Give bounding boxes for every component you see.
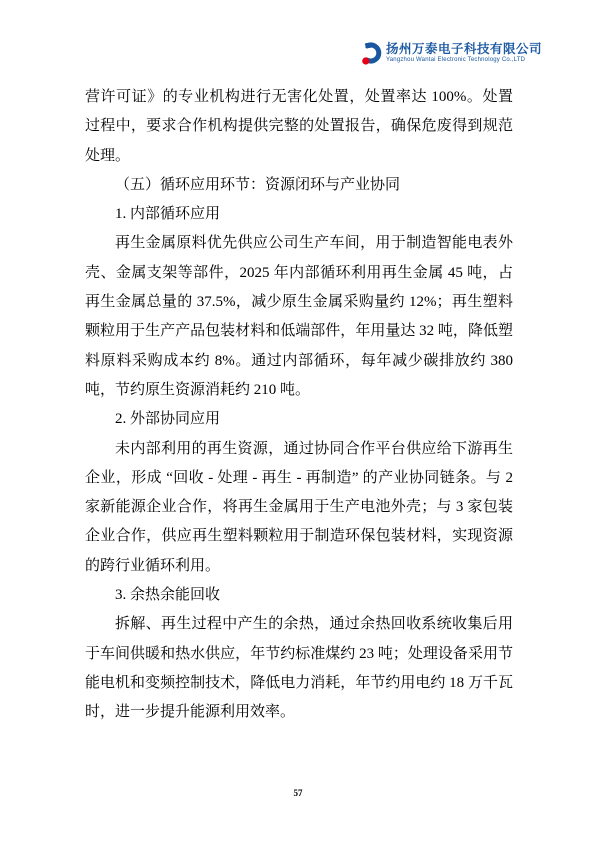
- body-paragraph-internal-recycling: 再生金属原料优先供应公司生产车间，用于制造智能电表外壳、金属支架等部件，2025…: [85, 229, 513, 405]
- page-number: 57: [0, 788, 596, 798]
- section-heading: （五）循环应用环节：资源闭环与产业协同: [85, 171, 513, 200]
- document-page: 扬州万泰电子科技有限公司 Yangzhou Wantai Electronic …: [0, 0, 596, 842]
- company-logo: 扬州万泰电子科技有限公司 Yangzhou Wantai Electronic …: [361, 41, 542, 66]
- body-paragraph-continued: 营许可证》的专业机构进行无害化处置，处置率达 100%。处置过程中，要求合作机构…: [85, 83, 513, 171]
- subsection-heading-2: 2. 外部协同应用: [85, 405, 513, 434]
- subsection-heading-3: 3. 余热余能回收: [85, 581, 513, 610]
- document-content: 营许可证》的专业机构进行无害化处置，处置率达 100%。处置过程中，要求合作机构…: [85, 83, 513, 728]
- body-paragraph-external-synergy: 未内部利用的再生资源，通过协同合作平台供应给下游再生企业，形成 “回收 - 处理…: [85, 435, 513, 581]
- logo-text: 扬州万泰电子科技有限公司 Yangzhou Wantai Electronic …: [386, 43, 542, 63]
- company-name-en: Yangzhou Wantai Electronic Technology Co…: [386, 57, 542, 63]
- company-name-cn: 扬州万泰电子科技有限公司: [386, 43, 542, 56]
- logo-mark-icon: [361, 41, 383, 66]
- body-paragraph-heat-recovery: 拆解、再生过程中产生的余热，通过余热回收系统收集后用于车间供暖和热水供应，年节约…: [85, 610, 513, 727]
- subsection-heading-1: 1. 内部循环应用: [85, 200, 513, 229]
